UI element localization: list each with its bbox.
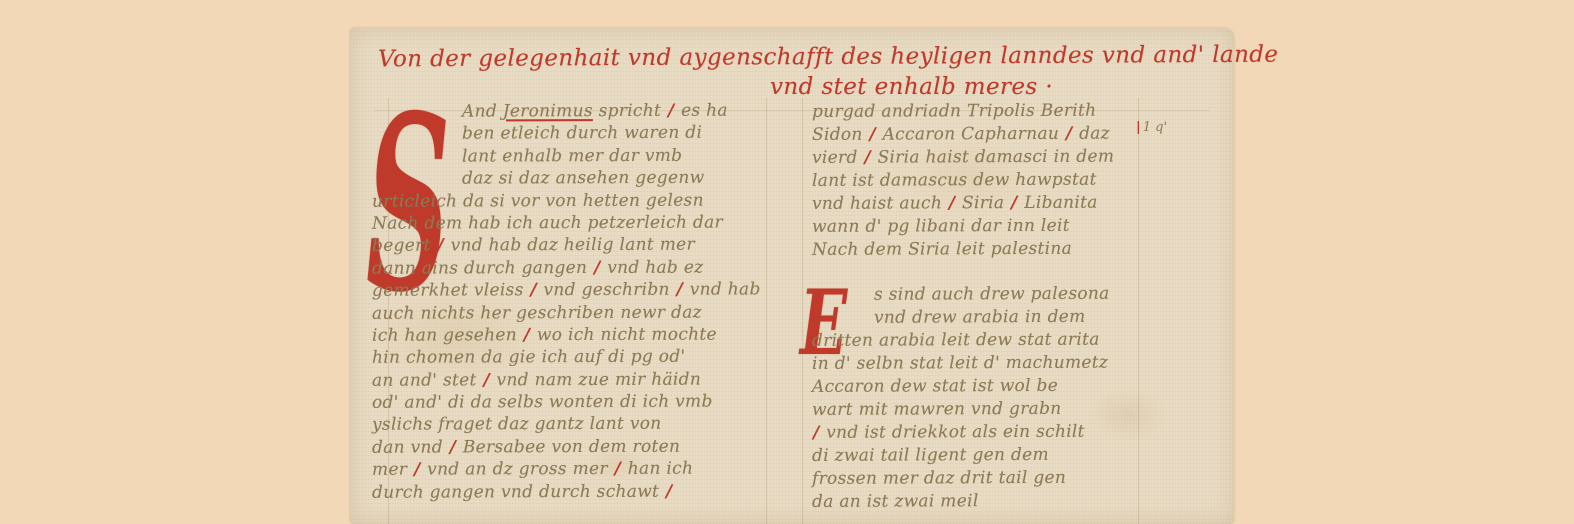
red-virgule-mark: /	[868, 125, 877, 145]
left-column-lines: And Jeronimus spricht / es haben etleich…	[372, 100, 792, 503]
screenshot-stage: Von der gelegenhait vnd aygenschafft des…	[0, 0, 1574, 524]
manuscript-line: da an ist zwai meil	[812, 489, 1212, 514]
manuscript-line: hin chomen da gie ich auf di pg od'	[372, 346, 792, 370]
manuscript-line: Accaron dew stat ist wol be	[812, 374, 1212, 399]
manuscript-line: Nach dem Siria leit palestina	[812, 237, 1212, 262]
red-virgule-mark: /	[523, 325, 532, 345]
underlined-name: Jeronimus	[503, 101, 593, 121]
rubric-heading-line2: vnd stet enhalb meres ·	[770, 74, 1053, 100]
manuscript-line: s sind auch drew palesona	[874, 282, 1212, 306]
manuscript-line: an and' stet / vnd nam zue mir häidn	[372, 368, 792, 392]
red-virgule-mark: /	[413, 460, 422, 480]
margin-note: |1 q'	[1136, 120, 1167, 135]
manuscript-line: begert / vnd hab daz heilig lant mer	[372, 234, 792, 258]
manuscript-line: And Jeronimus spricht / es ha	[462, 99, 792, 123]
manuscript-line: lant ist damascus dew hawpstat	[812, 168, 1212, 193]
manuscript-line: yslichs fraget daz gantz lant von	[372, 413, 792, 437]
red-virgule-mark: /	[613, 459, 622, 479]
red-virgule-mark: /	[593, 258, 602, 278]
rubric-heading-line1: Von der gelegenhait vnd aygenschafft des…	[378, 42, 1279, 73]
manuscript-line: dan vnd / Bersabee von dem roten	[372, 435, 792, 459]
manuscript-line: Nach dem hab ich auch petzerleich dar	[372, 211, 792, 235]
manuscript-line: vierd / Siria haist damasci in dem	[812, 145, 1212, 170]
red-virgule-mark: /	[948, 193, 957, 213]
manuscript-line: dritten arabia leit dew stat arita	[812, 328, 1212, 353]
manuscript-line: di zwai tail ligent gen dem	[812, 443, 1212, 468]
manuscript-line: vnd haist auch / Siria / Libanita	[812, 191, 1212, 216]
red-virgule-mark: /	[667, 101, 676, 121]
right-column-paragraph2: s sind auch drew palesonavnd drew arabia…	[812, 283, 1212, 513]
manuscript-line: urticleich da si vor von hetten gelesn	[372, 189, 792, 213]
red-virgule-mark: /	[482, 370, 491, 390]
manuscript-line: ich han gesehen / wo ich nicht mochte	[372, 323, 792, 347]
red-virgule-mark: /	[436, 236, 445, 256]
manuscript-line: / vnd ist driekkot als ein schilt	[812, 420, 1212, 445]
manuscript-line: in d' selbn stat leit d' machumetz	[812, 351, 1212, 376]
manuscript-line: mer / vnd an dz gross mer / han ich	[372, 458, 792, 482]
red-virgule-mark: /	[665, 481, 674, 501]
right-column: purgad andriadn Tripolis BerithSidon / A…	[812, 100, 1212, 513]
red-virgule-mark: /	[529, 280, 538, 300]
red-virgule-mark: /	[1010, 193, 1019, 213]
manuscript-line: frossen mer daz drit tail gen	[812, 466, 1212, 491]
manuscript-line: daz si daz ansehen gegenw	[462, 167, 792, 191]
manuscript-line: durch gangen vnd durch schawt /	[372, 480, 792, 504]
manuscript-line: od' and' di da selbs wonten di ich vmb	[372, 390, 792, 414]
manuscript-line: lant enhalb mer dar vmb	[462, 144, 792, 168]
manuscript-line: vnd drew arabia in dem	[874, 305, 1212, 329]
red-tick-icon: |	[1136, 120, 1141, 135]
red-virgule-mark: /	[863, 148, 872, 168]
red-virgule-mark: /	[1065, 124, 1074, 144]
manuscript-line: auch nichts her geschriben newr daz	[372, 301, 792, 325]
red-virgule-mark: /	[812, 423, 821, 443]
red-virgule-mark: /	[449, 437, 458, 457]
margin-note-text: 1 q'	[1143, 120, 1167, 135]
manuscript-line: wann d' pg libani dar inn leit	[812, 214, 1212, 239]
manuscript-line: gemerkhet vleiss / vnd geschribn / vnd h…	[372, 278, 792, 302]
red-virgule-mark: /	[675, 280, 684, 300]
manuscript-line: dann ains durch gangen / vnd hab ez	[372, 256, 792, 280]
manuscript-line: wart mit mawren vnd grabn	[812, 397, 1212, 422]
manuscript-line: ben etleich durch waren di	[462, 122, 792, 146]
manuscript-page: Von der gelegenhait vnd aygenschafft des…	[350, 28, 1234, 524]
